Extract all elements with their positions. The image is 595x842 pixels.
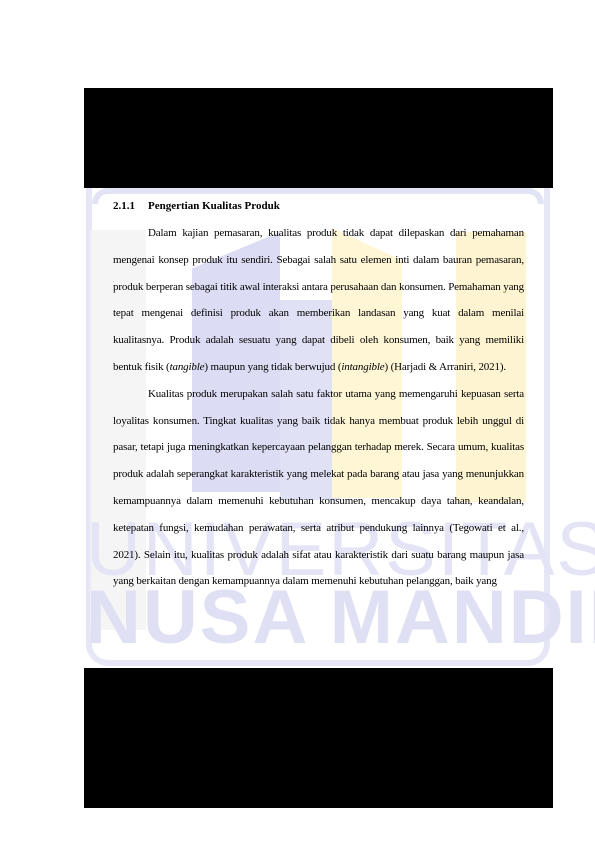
redacted-footer-block bbox=[84, 668, 553, 808]
document-body: 2.1.1 Pengertian Kualitas Produk Dalam k… bbox=[113, 196, 524, 595]
section-title: Pengertian Kualitas Produk bbox=[148, 196, 280, 216]
section-number: 2.1.1 bbox=[113, 196, 148, 216]
section-heading: 2.1.1 Pengertian Kualitas Produk bbox=[113, 196, 524, 216]
paragraph: Kualitas produk merupakan salah satu fak… bbox=[113, 381, 524, 595]
paragraph: Dalam kajian pemasaran, kualitas produk … bbox=[113, 220, 524, 381]
paragraph-text: ) (Harjadi & Arraniri, 2021). bbox=[384, 361, 506, 373]
italic-term: intangible bbox=[341, 361, 384, 373]
paragraph-text: Dalam kajian pemasaran, kualitas produk … bbox=[113, 227, 524, 373]
paragraph-text: Kualitas produk merupakan salah satu fak… bbox=[113, 388, 524, 588]
redacted-header-block bbox=[84, 88, 553, 188]
italic-term: tangible bbox=[170, 361, 205, 373]
paragraph-text: ) maupun yang tidak berwujud ( bbox=[204, 361, 341, 373]
